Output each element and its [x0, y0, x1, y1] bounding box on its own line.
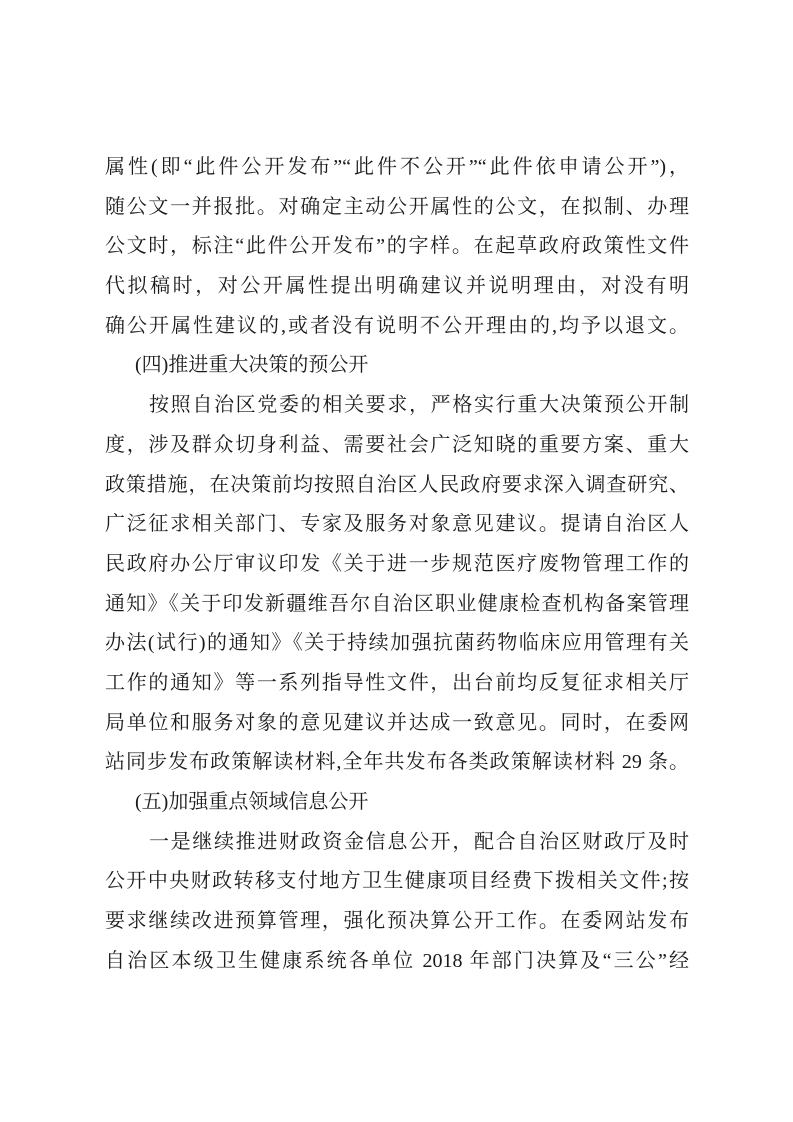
text-line: 属性(即“此件公开发布”“此件不公开”“此件依申请公开”)，: [105, 148, 689, 188]
text-line: 按照自治区党委的相关要求，严格实行重大决策预公开制: [105, 386, 689, 426]
document-page: 属性(即“此件公开发布”“此件不公开”“此件依申请公开”)，随公文一并报批。对确…: [0, 0, 793, 1122]
text-line: 随公文一并报批。对确定主动公开属性的公文，在拟制、办理: [105, 188, 689, 228]
section-heading: (五)加强重点领域信息公开: [105, 783, 689, 823]
text-line: 工作的通知》等一系列指导性文件，出台前均反复征求相关厅: [105, 664, 689, 704]
text-line: 自治区本级卫生健康系统各单位 2018 年部门决算及“三公”经: [105, 942, 689, 982]
text-line: 要求继续改进预算管理，强化预决算公开工作。在委网站发布: [105, 902, 689, 942]
text-line: 确公开属性建议的,或者没有说明不公开理由的,均予以退文。: [105, 307, 689, 347]
text-line: 政策措施，在决策前均按照自治区人民政府要求深入调查研究、: [105, 466, 689, 506]
document-content: 属性(即“此件公开发布”“此件不公开”“此件依申请公开”)，随公文一并报批。对确…: [105, 148, 689, 981]
text-line: 代拟稿时，对公开属性提出明确建议并说明理由，对没有明: [105, 267, 689, 307]
text-line: 民政府办公厅审议印发《关于进一步规范医疗废物管理工作的: [105, 545, 689, 585]
text-line: 通知》《关于印发新疆维吾尔自治区职业健康检查机构备案管理: [105, 585, 689, 625]
section-heading: (四)推进重大决策的预公开: [105, 346, 689, 386]
text-line: 广泛征求相关部门、专家及服务对象意见建议。提请自治区人: [105, 505, 689, 545]
text-line: 公开中央财政转移支付地方卫生健康项目经费下拨相关文件;按: [105, 862, 689, 902]
text-line: 一是继续推进财政资金信息公开，配合自治区财政厅及时: [105, 823, 689, 863]
text-line: 办法(试行)的通知》《关于持续加强抗菌药物临床应用管理有关: [105, 624, 689, 664]
text-line: 公文时，标注“此件公开发布”的字样。在起草政府政策性文件: [105, 227, 689, 267]
text-line: 局单位和服务对象的意见建议并达成一致意见。同时，在委网: [105, 704, 689, 744]
text-line: 度，涉及群众切身利益、需要社会广泛知晓的重要方案、重大: [105, 426, 689, 466]
text-line: 站同步发布政策解读材料,全年共发布各类政策解读材料 29 条。: [105, 743, 689, 783]
